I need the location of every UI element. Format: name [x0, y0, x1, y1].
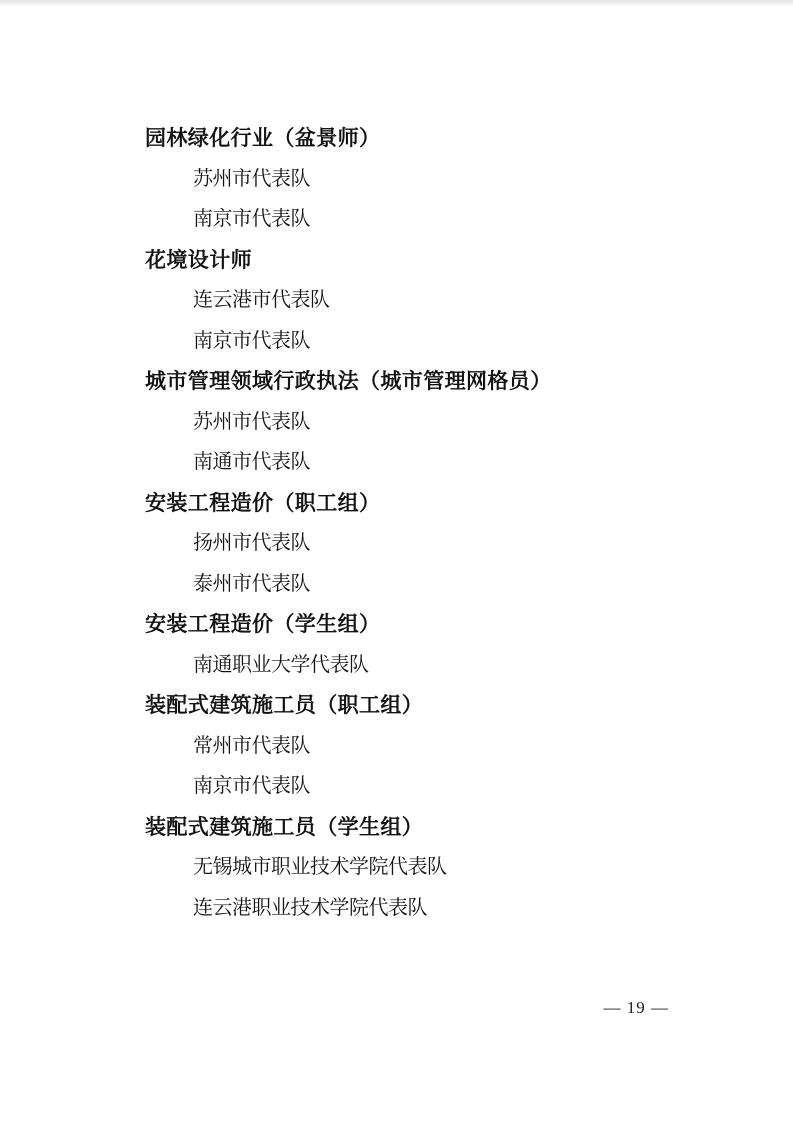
- section-title: 安装工程造价（学生组）: [145, 610, 753, 651]
- document-page: 园林绿化行业（盆景师） 苏州市代表队 南京市代表队 花境设计师 连云港市代表队 …: [0, 0, 793, 1122]
- team-item: 扬州市代表队: [145, 529, 753, 570]
- team-item: 南通市代表队: [145, 448, 753, 489]
- page-number: — 19 —: [604, 998, 670, 1018]
- team-item: 南京市代表队: [145, 205, 753, 246]
- section-title: 花境设计师: [145, 246, 753, 287]
- team-item: 常州市代表队: [145, 732, 753, 773]
- team-item: 南通职业大学代表队: [145, 651, 753, 692]
- section-title: 园林绿化行业（盆景师）: [145, 124, 753, 165]
- section-title: 城市管理领域行政执法（城市管理网格员）: [145, 367, 753, 408]
- team-item: 南京市代表队: [145, 327, 753, 368]
- team-item: 南京市代表队: [145, 772, 753, 813]
- section-title: 装配式建筑施工员（学生组）: [145, 813, 753, 854]
- team-item: 无锡城市职业技术学院代表队: [145, 853, 753, 894]
- award-team-list: 园林绿化行业（盆景师） 苏州市代表队 南京市代表队 花境设计师 连云港市代表队 …: [145, 124, 753, 934]
- section-title: 安装工程造价（职工组）: [145, 489, 753, 530]
- team-item: 苏州市代表队: [145, 165, 753, 206]
- team-item: 泰州市代表队: [145, 570, 753, 611]
- team-item: 连云港市代表队: [145, 286, 753, 327]
- team-item: 连云港职业技术学院代表队: [145, 894, 753, 935]
- section-title: 装配式建筑施工员（职工组）: [145, 691, 753, 732]
- team-item: 苏州市代表队: [145, 408, 753, 449]
